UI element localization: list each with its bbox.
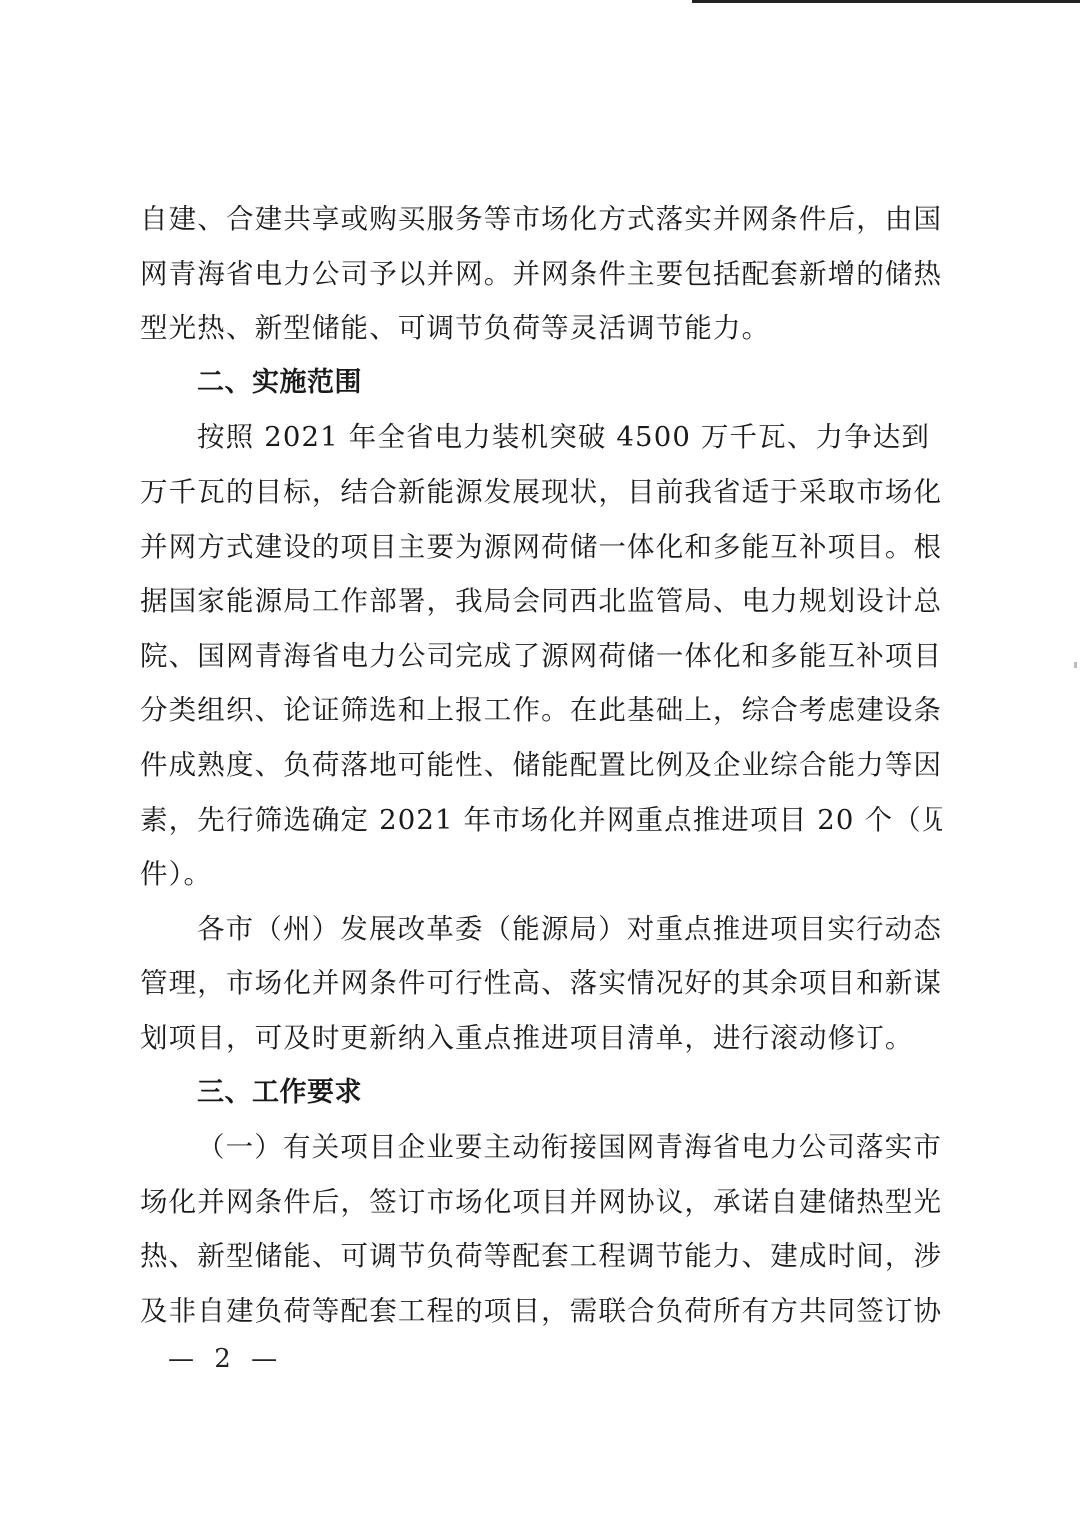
- section-heading-requirements: 三、工作要求: [140, 1066, 942, 1121]
- paragraph-line: 及非自建负荷等配套工程的项目，需联合负荷所有方共同签订协: [140, 1284, 942, 1339]
- paragraph-line: 网青海省电力公司予以并网。并网条件主要包括配套新增的储热: [140, 247, 942, 302]
- paragraph-line: 自建、合建共享或购买服务等市场化方式落实并网条件后，由国: [140, 192, 942, 247]
- paragraph-line: 场化并网条件后，签订市场化项目并网协议，承诺自建储热型光: [140, 1175, 942, 1230]
- paragraph-line: （一）有关项目企业要主动衔接国网青海省电力公司落实市: [140, 1120, 942, 1175]
- page-number: — 2 —: [168, 1344, 283, 1374]
- document-body: 自建、合建共享或购买服务等市场化方式落实并网条件后，由国 网青海省电力公司予以并…: [140, 192, 942, 1338]
- scan-speck: [1074, 662, 1077, 668]
- paragraph-line: 热、新型储能、可调节负荷等配套工程调节能力、建成时间，涉: [140, 1229, 942, 1284]
- paragraph-line: 据国家能源局工作部署，我局会同西北监管局、电力规划设计总: [140, 574, 942, 629]
- paragraph-line: 件成熟度、负荷落地可能性、储能配置比例及企业综合能力等因: [140, 738, 942, 793]
- paragraph-line: 件）。: [140, 847, 942, 902]
- paragraph-line: 分类组织、论证筛选和上报工作。在此基础上，综合考虑建设条: [140, 683, 942, 738]
- paragraph-line: 划项目，可及时更新纳入重点推进项目清单，进行滚动修订。: [140, 1011, 942, 1066]
- section-heading-scope: 二、实施范围: [140, 356, 942, 411]
- paragraph-line: 并网方式建设的项目主要为源网荷储一体化和多能互补项目。根: [140, 520, 942, 575]
- paragraph-line: 院、国网青海省电力公司完成了源网荷储一体化和多能互补项目: [140, 629, 942, 684]
- paragraph-line: 型光热、新型储能、可调节负荷等灵活调节能力。: [140, 301, 942, 356]
- paragraph-line: 各市（州）发展改革委（能源局）对重点推进项目实行动态: [140, 902, 942, 957]
- paragraph-line: 万千瓦的目标，结合新能源发展现状，目前我省适于采取市场化: [140, 465, 942, 520]
- scan-edge-rule: [692, 0, 1080, 3]
- paragraph-line: 管理，市场化并网条件可行性高、落实情况好的其余项目和新谋: [140, 956, 942, 1011]
- paragraph-line: 素，先行筛选确定 2021 年市场化并网重点推进项目 20 个（见附: [140, 793, 942, 848]
- paragraph-line: 按照 2021 年全省电力装机突破 4500 万千瓦、力争达到 5000: [140, 410, 942, 465]
